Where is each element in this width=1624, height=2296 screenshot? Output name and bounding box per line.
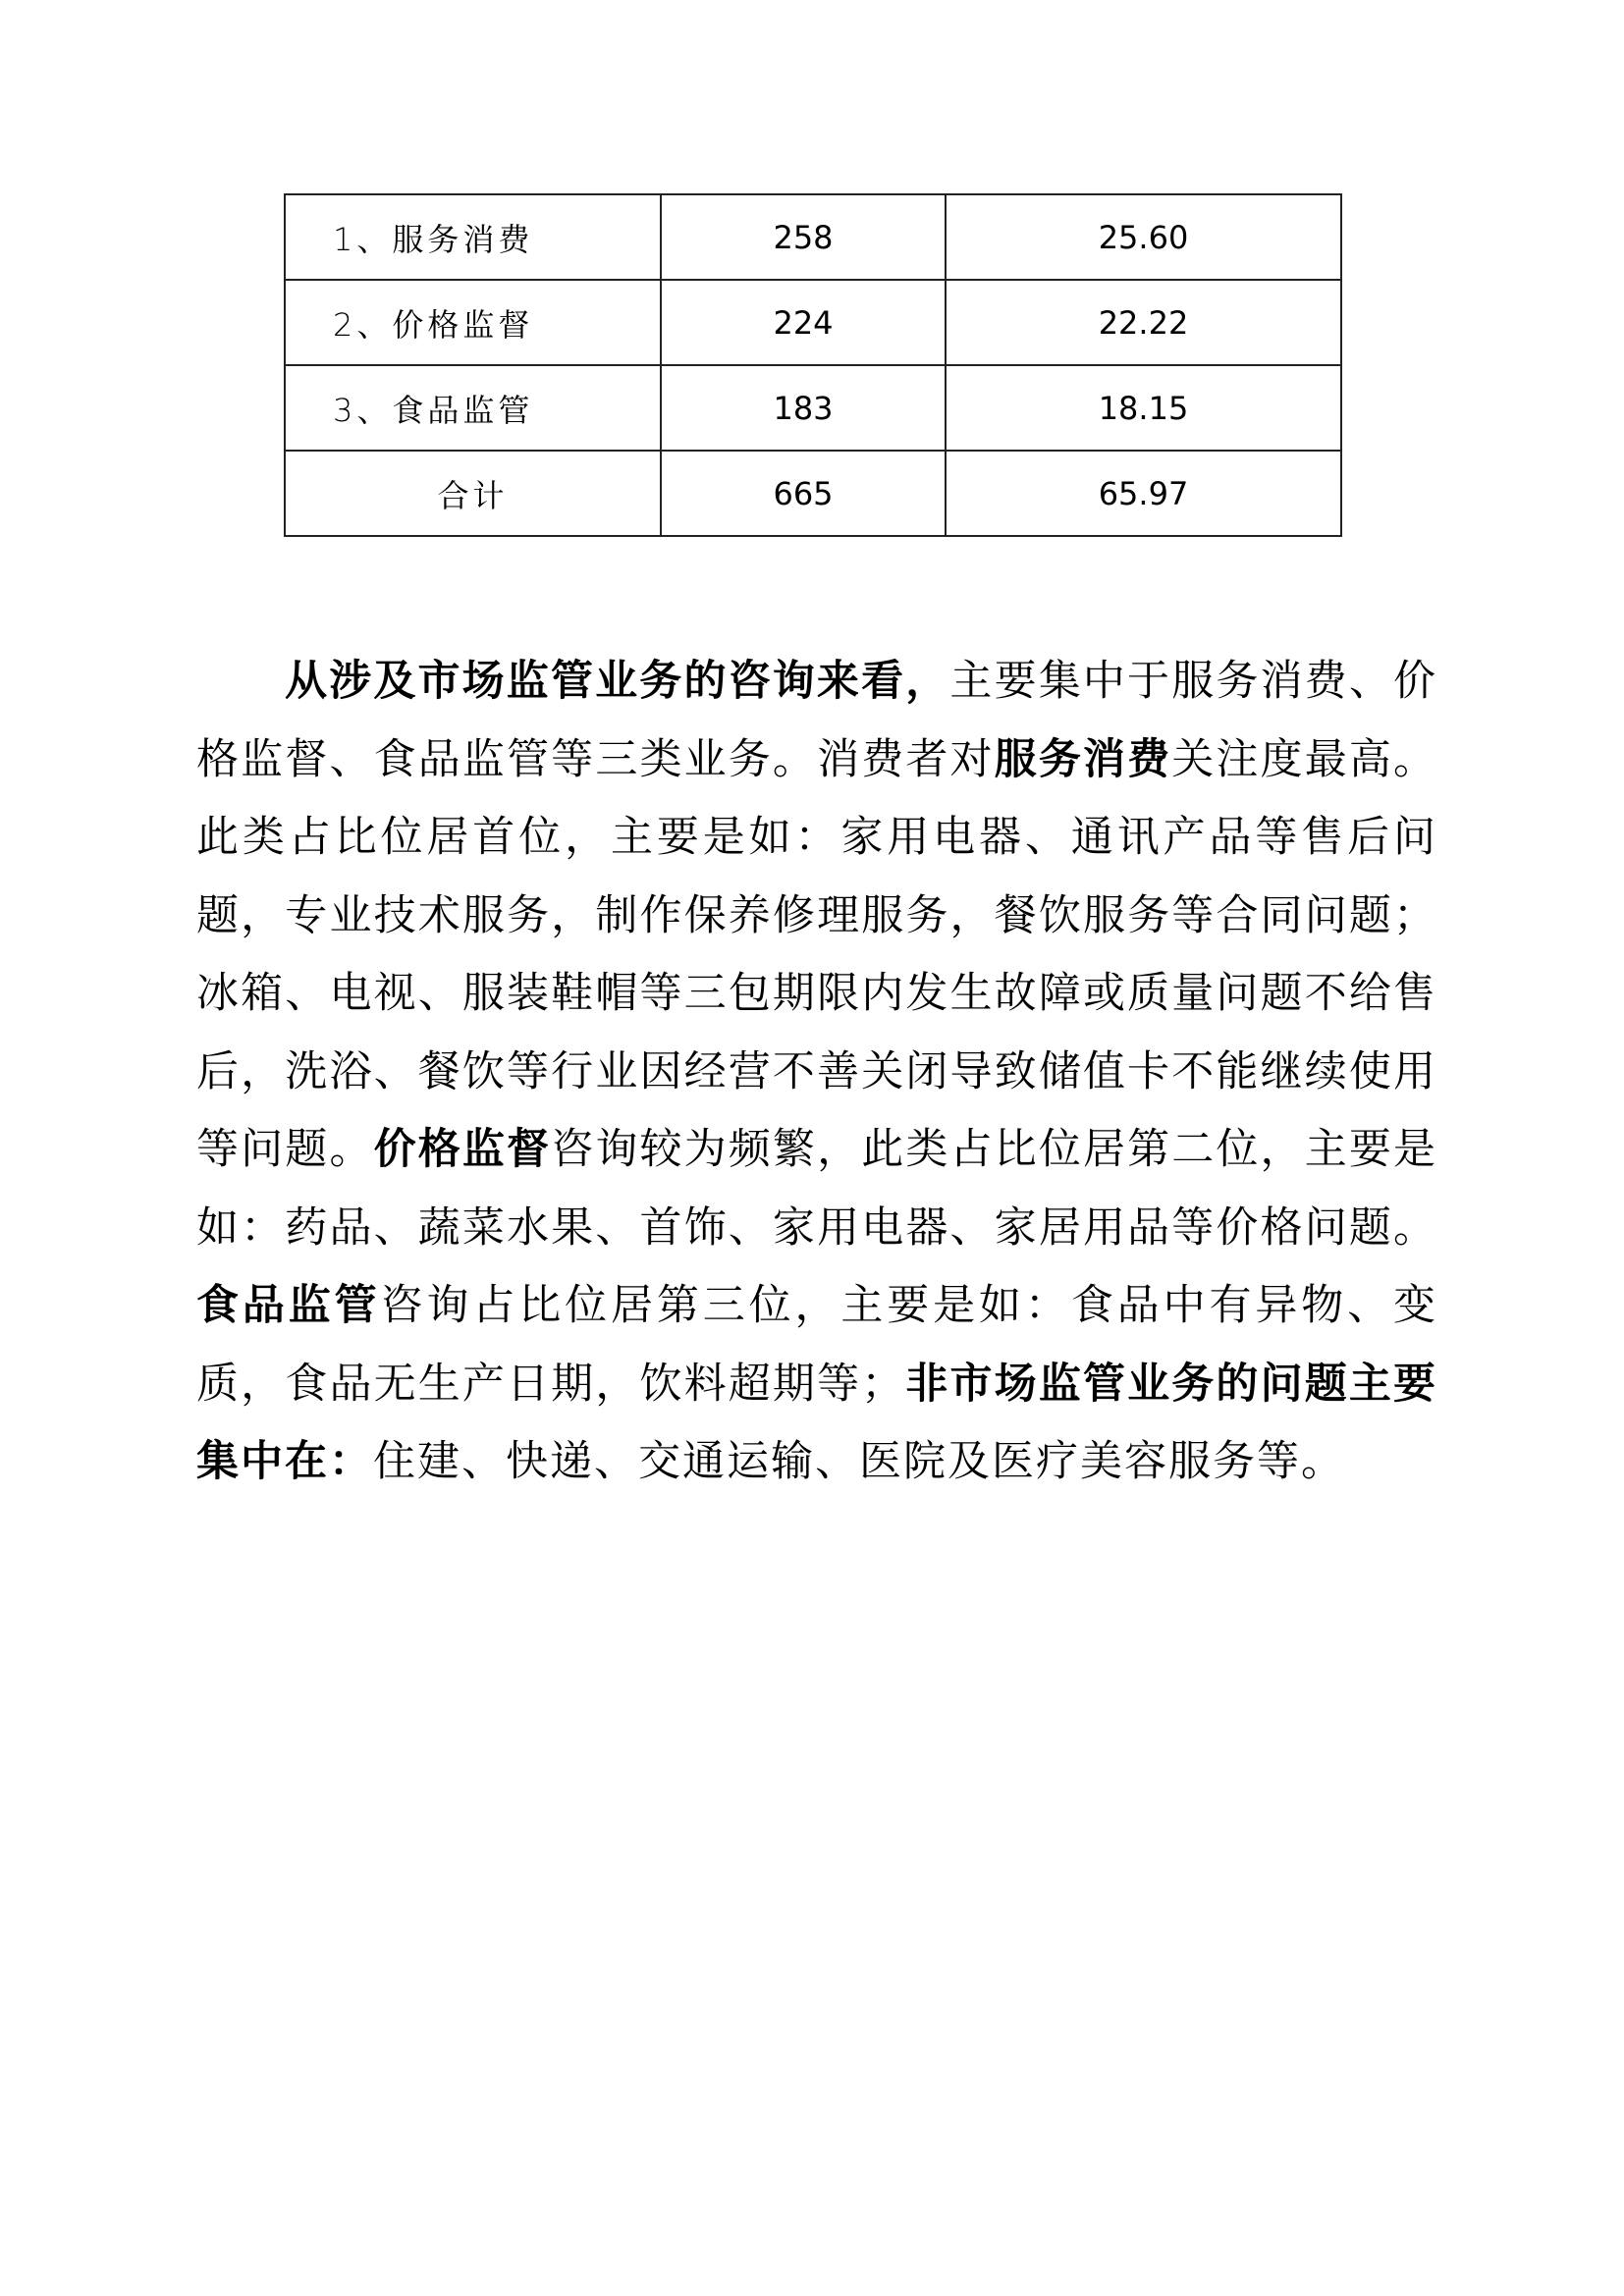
category-cell: 3、食品监管: [285, 365, 661, 451]
text-segment-bold: 从涉及市场监管业务的咨询来看，: [285, 657, 949, 706]
statistics-table: 1、服务消费 258 25.60 2、价格监督 224 22.22 3、食品监管…: [284, 193, 1342, 537]
text-segment-bold: 服务消费: [995, 735, 1172, 784]
count-cell: 258: [661, 194, 946, 280]
table-row: 1、服务消费 258 25.60: [285, 194, 1341, 280]
table-row: 3、食品监管 183 18.15: [285, 365, 1341, 451]
text-segment-bold: 食品监管: [196, 1281, 381, 1330]
category-cell: 2、价格监督: [285, 280, 661, 365]
table-row: 2、价格监督 224 22.22: [285, 280, 1341, 365]
count-cell: 224: [661, 280, 946, 365]
percent-cell: 18.15: [946, 365, 1341, 451]
text-segment: 住建、快递、交通运输、医院及医疗美容服务等。: [373, 1437, 1345, 1486]
category-cell: 1、服务消费: [285, 194, 661, 280]
total-count-cell: 665: [661, 451, 946, 536]
total-label-cell: 合计: [285, 451, 661, 536]
text-segment: 关注度最高。此类占比位居首位，主要是如：家用电器、通讯产品等售后问题，专业技术服…: [196, 735, 1437, 1175]
percent-cell: 22.22: [946, 280, 1341, 365]
percent-cell: 25.60: [946, 194, 1341, 280]
table-total-row: 合计 665 65.97: [285, 451, 1341, 536]
total-percent-cell: 65.97: [946, 451, 1341, 536]
count-cell: 183: [661, 365, 946, 451]
text-segment-bold: 价格监督: [374, 1125, 552, 1174]
body-paragraph: 从涉及市场监管业务的咨询来看，主要集中于服务消费、价格监督、食品监管等三类业务。…: [196, 643, 1437, 1502]
